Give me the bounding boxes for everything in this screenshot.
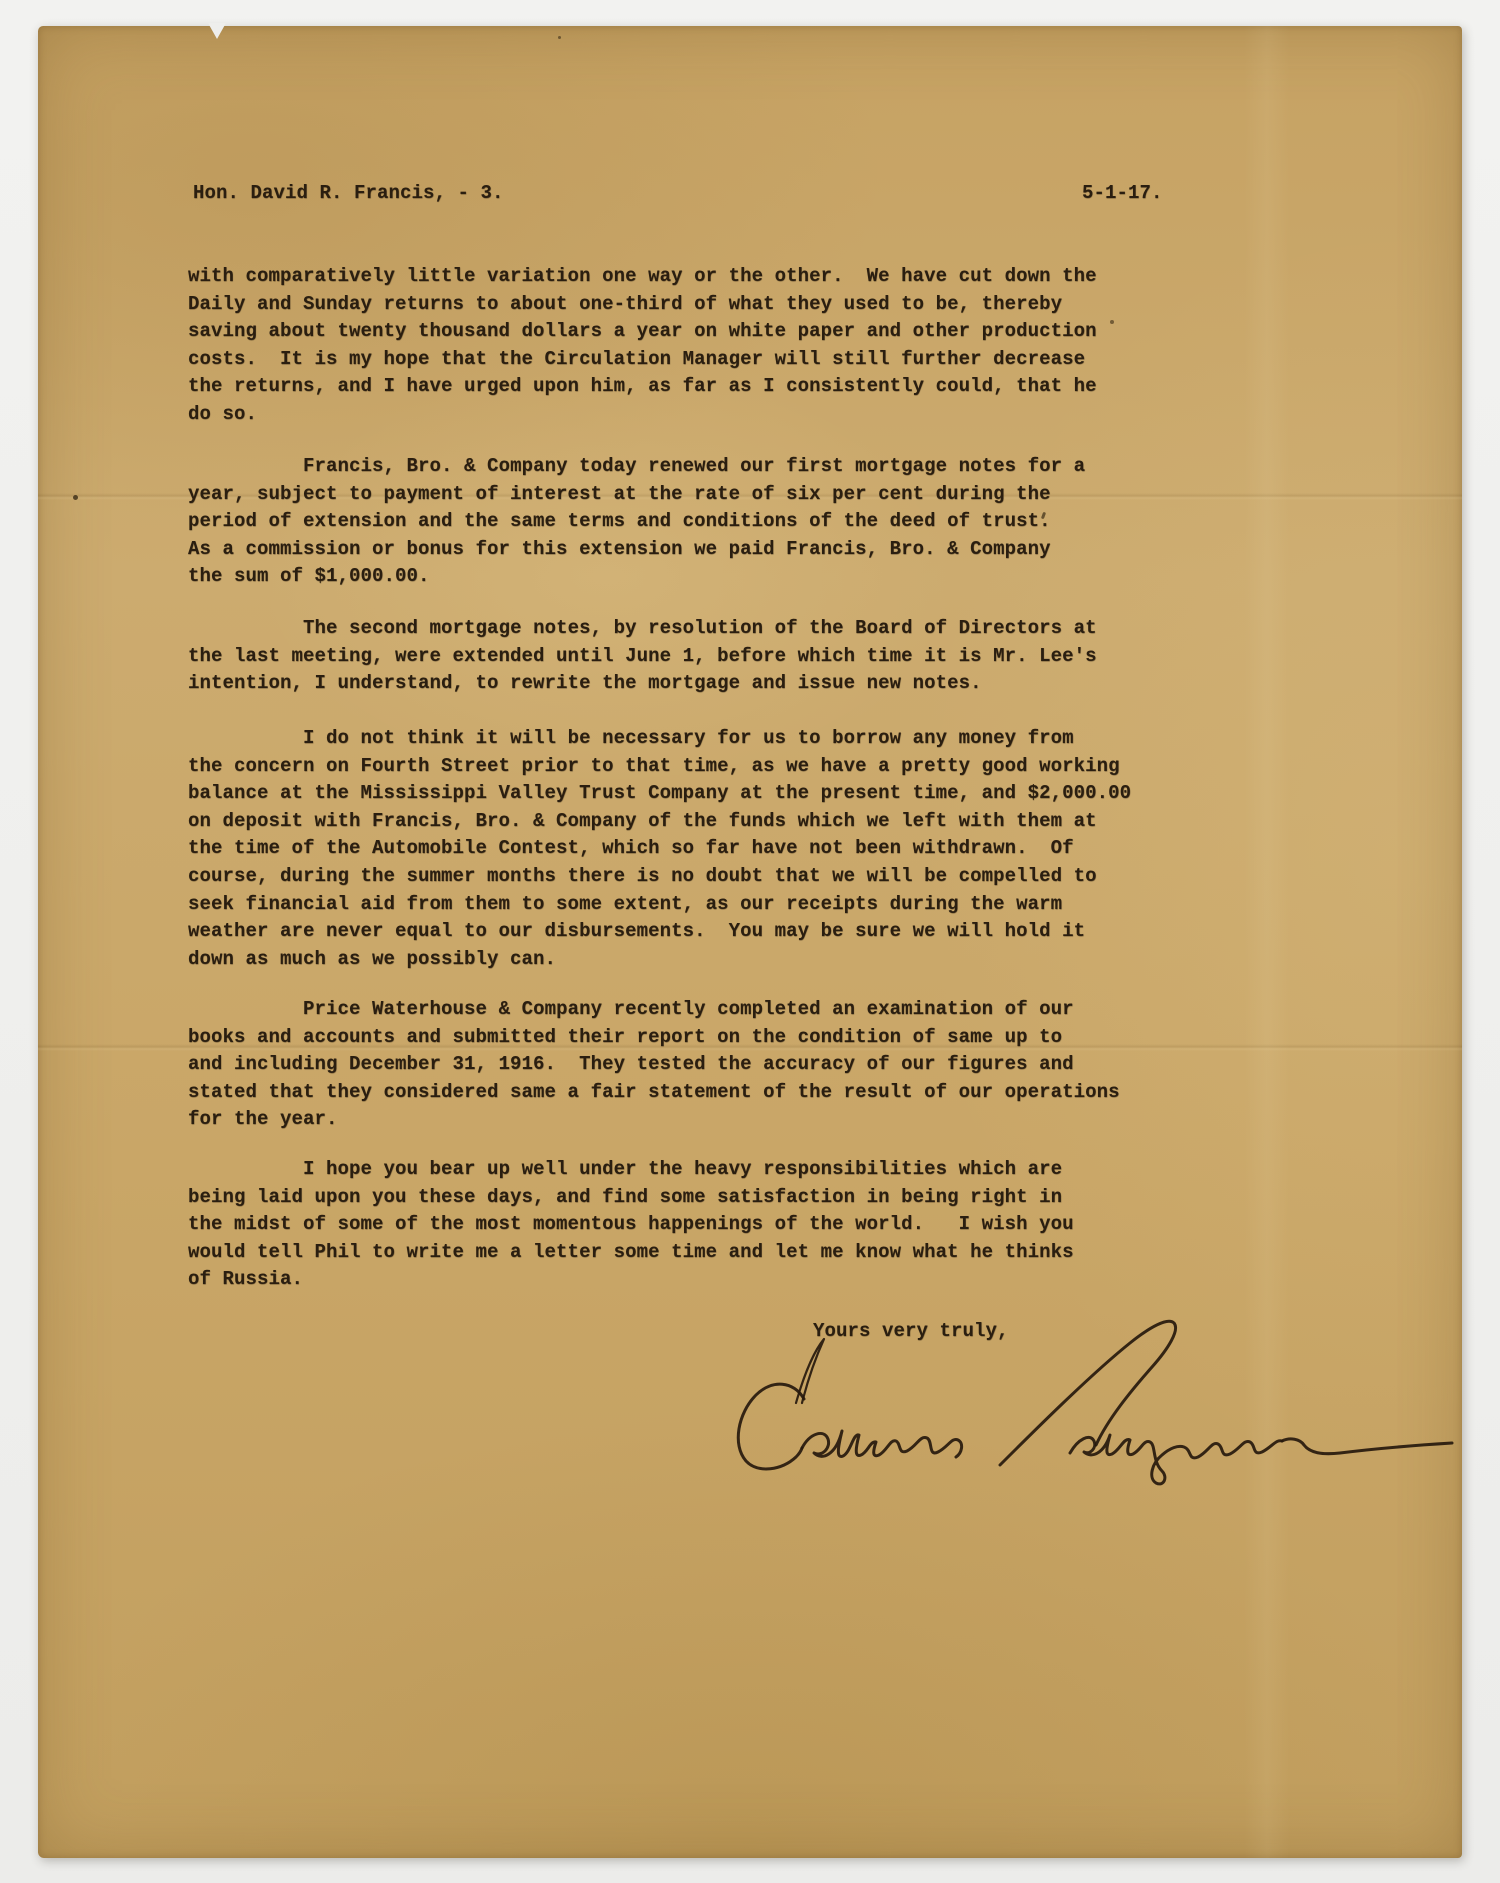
paragraph-1: with comparatively little variation one …	[188, 263, 1198, 429]
page-header-addressee: Hon. David R. Francis, - 3.	[193, 180, 504, 208]
paragraph-2: Francis, Bro. & Company today renewed ou…	[188, 453, 1198, 591]
paragraph-6: I hope you bear up well under the heavy …	[188, 1156, 1198, 1294]
signature-collins-thompson	[700, 1315, 1470, 1515]
ink-speck	[558, 36, 561, 39]
paragraph-3: The second mortgage notes, by resolution…	[188, 615, 1198, 698]
page-header-date: 5-1-17.	[1082, 180, 1163, 208]
paragraph-4: I do not think it will be necessary for …	[188, 725, 1198, 973]
letter-page: Hon. David R. Francis, - 3. 5-1-17. with…	[38, 26, 1462, 1858]
ink-speck	[73, 495, 78, 500]
scan-canvas: { "letter": { "header": { "addressee": "…	[0, 0, 1500, 1883]
paper-sheen	[1244, 26, 1290, 1858]
paragraph-5: Price Waterhouse & Company recently comp…	[188, 996, 1198, 1134]
paper-tear-notch	[208, 23, 226, 39]
